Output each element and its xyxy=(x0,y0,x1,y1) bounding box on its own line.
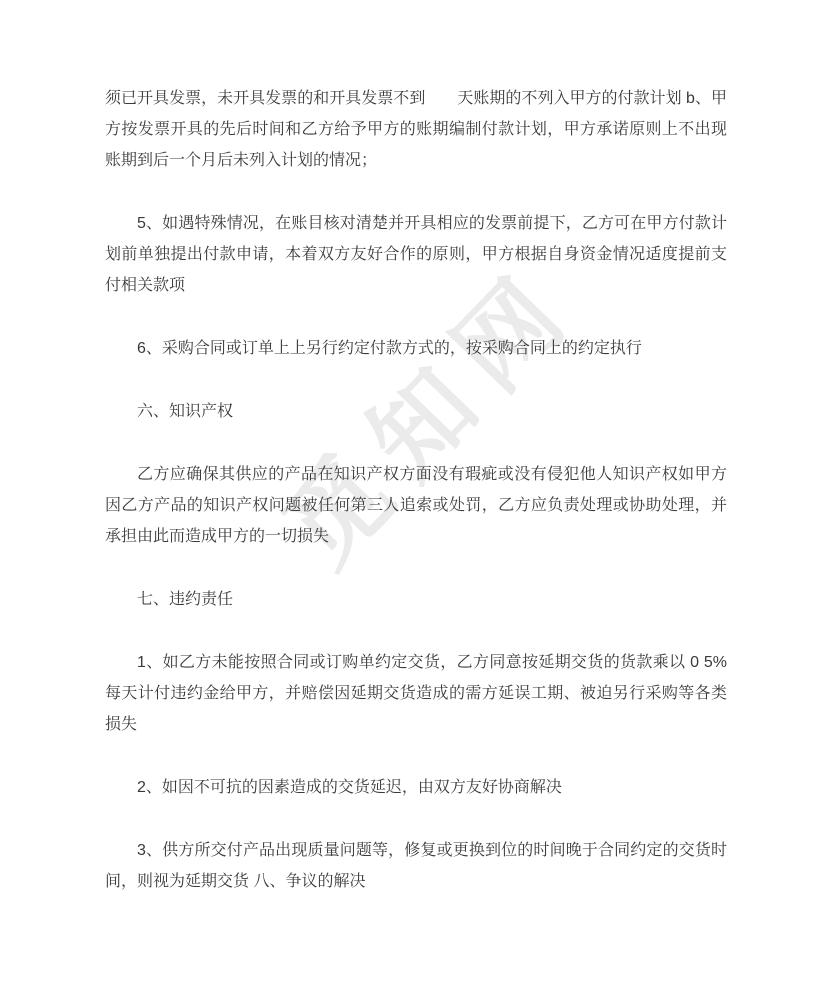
paragraph: 3、供方所交付产品出现质量问题等，修复或更换到位的时间晚于合同约定的交货时间，则… xyxy=(105,835,727,897)
paragraph: 乙方应确保其供应的产品在知识产权方面没有瑕疵或没有侵犯他人知识产权如甲方因乙方产… xyxy=(105,459,727,552)
document-page: 须已开具发票，未开具发票的和开具发票不到 天账期的不列入甲方的付款计划 b、甲方… xyxy=(0,0,830,897)
paragraph: 1、如乙方未能按照合同或订购单约定交货，乙方同意按延期交货的货款乘以 0 5%每… xyxy=(105,647,727,740)
paragraph: 2、如因不可抗的因素造成的交货延迟，由双方友好协商解决 xyxy=(105,772,727,803)
paragraph: 6、采购合同或订单上上另行约定付款方式的，按采购合同上的约定执行 xyxy=(105,333,727,364)
paragraph: 须已开具发票，未开具发票的和开具发票不到 天账期的不列入甲方的付款计划 b、甲方… xyxy=(105,83,727,176)
paragraph: 5、如遇特殊情况，在账目核对清楚并开具相应的发票前提下，乙方可在甲方付款计划前单… xyxy=(105,208,727,301)
paragraph: 七、违约责任 xyxy=(105,584,727,615)
paragraph: 六、知识产权 xyxy=(105,396,727,427)
document-body: 须已开具发票，未开具发票的和开具发票不到 天账期的不列入甲方的付款计划 b、甲方… xyxy=(105,83,727,897)
